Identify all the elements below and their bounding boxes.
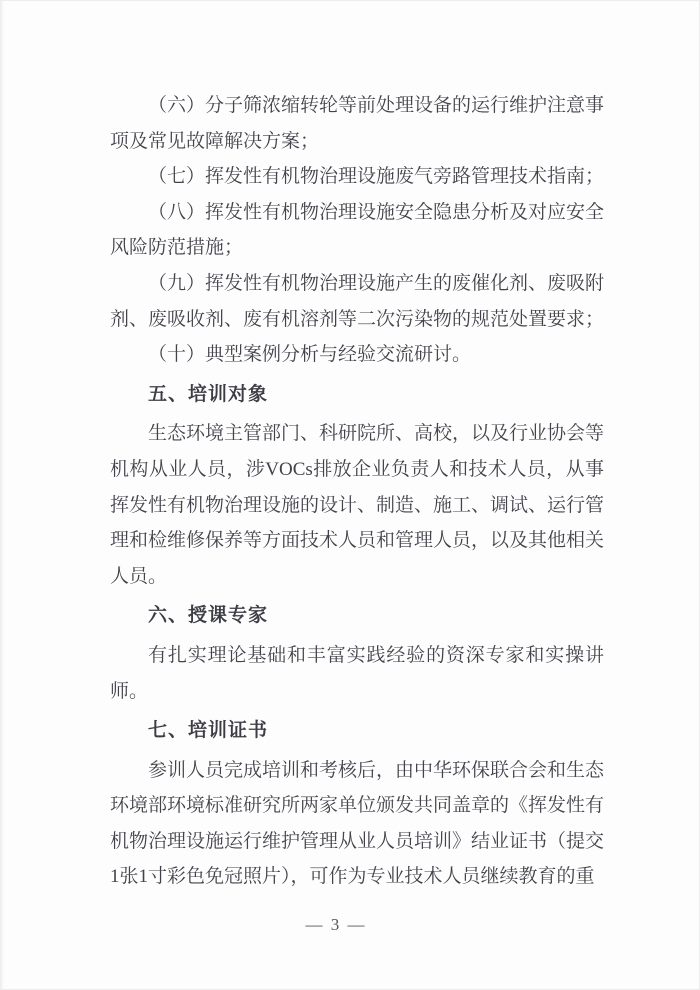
- section-heading-training-targets: 五、培训对象: [110, 377, 604, 413]
- paragraph-training-targets: 生态环境主管部门、科研院所、高校，以及行业协会等机构从业人员，涉VOCs排放企业…: [110, 416, 604, 594]
- list-item-6: （六）分子筛浓缩转轮等前处理设备的运行维护注意事项及常见故障解决方案；: [110, 88, 604, 159]
- list-item-10: （十）典型案例分析与经验交流研讨。: [110, 337, 604, 373]
- paragraph-lecturers: 有扎实理论基础和丰富实践经验的资深专家和实操讲师。: [110, 638, 604, 709]
- list-item-9: （九）挥发性有机物治理设施产生的废催化剂、废吸附剂、废吸收剂、废有机溶剂等二次污…: [110, 266, 604, 337]
- list-item-8: （八）挥发性有机物治理设施安全隐患分析及对应安全风险防范措施；: [110, 195, 604, 266]
- document-body: （六）分子筛浓缩转轮等前处理设备的运行维护注意事项及常见故障解决方案； （七）挥…: [110, 88, 604, 895]
- section-heading-lecturers: 六、授课专家: [110, 598, 604, 634]
- list-item-7: （七）挥发性有机物治理设施废气旁路管理技术指南；: [110, 159, 604, 195]
- document-page: （六）分子筛浓缩转轮等前处理设备的运行维护注意事项及常见故障解决方案； （七）挥…: [0, 0, 700, 990]
- page-number: — 3 —: [0, 915, 672, 935]
- paragraph-certificate: 参训人员完成培训和考核后，由中华环保联合会和生态环境部环境标准研究所两家单位颁发…: [110, 753, 604, 895]
- section-heading-certificate: 七、培训证书: [110, 713, 604, 749]
